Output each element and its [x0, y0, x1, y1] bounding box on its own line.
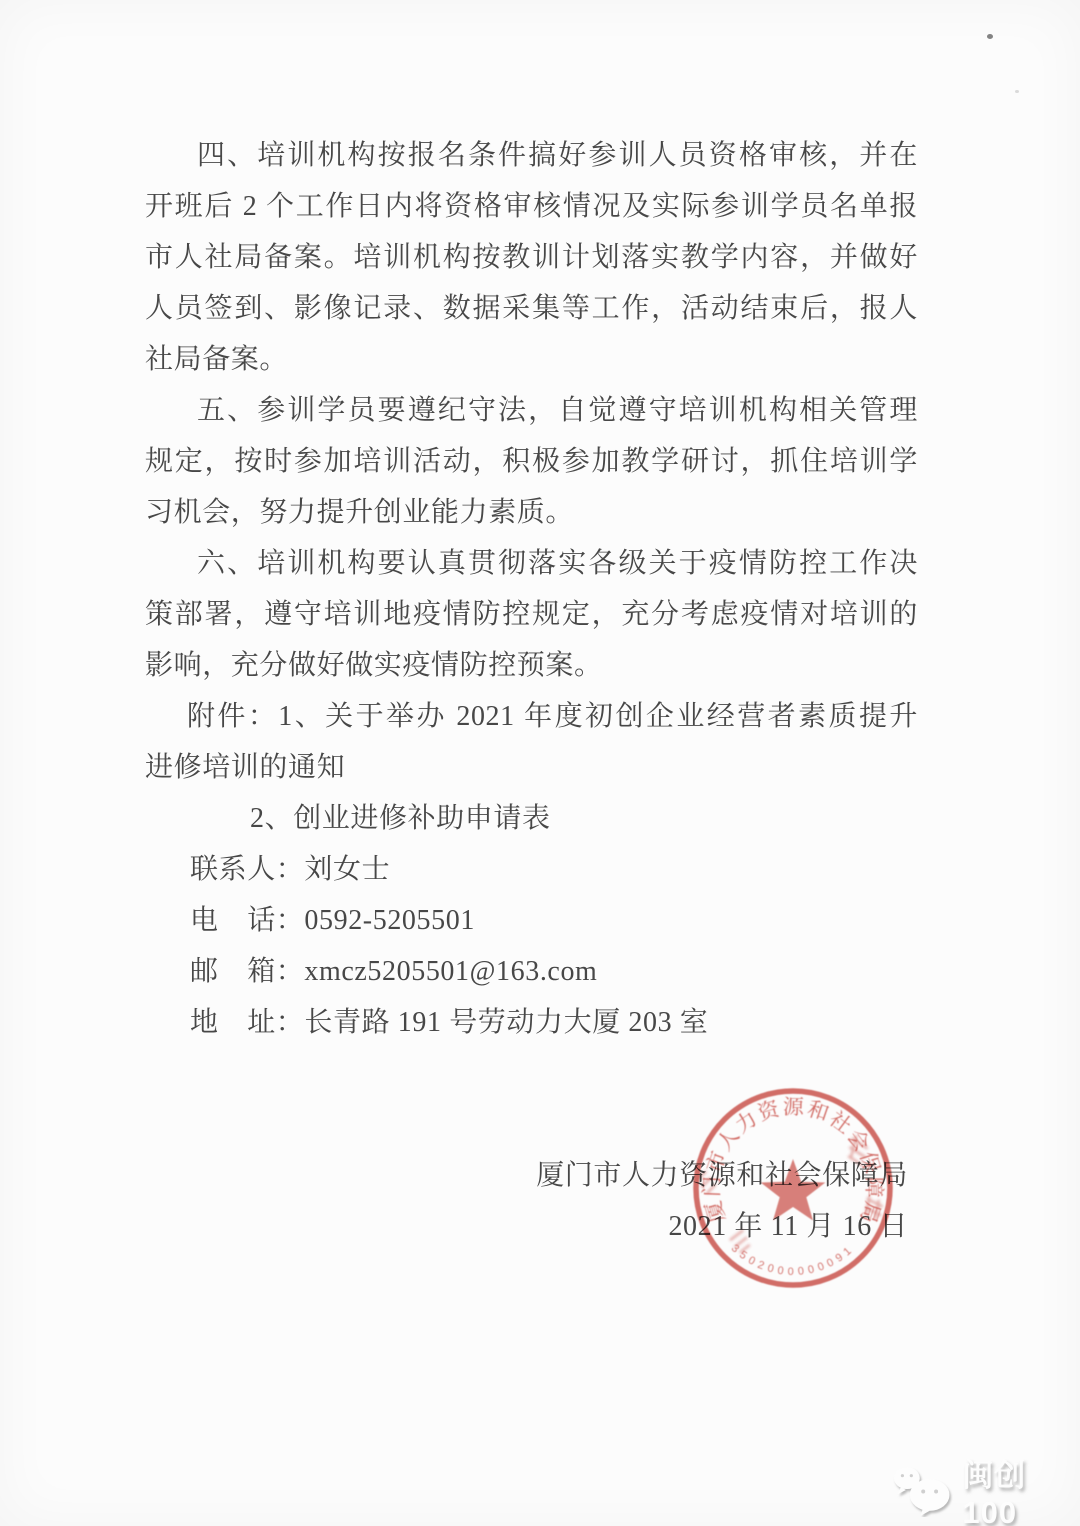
- text-line: 电 话：0592-5205501: [145, 895, 918, 946]
- text-line: 邮 箱：xmcz5205501@163.com: [145, 946, 918, 997]
- text-line: 五、参训学员要遵纪守法，自觉遵守培训机构相关管理: [145, 385, 918, 436]
- text-line: 市人社局备案。培训机构按教训计划落实教学内容，并做好: [145, 232, 918, 283]
- text-line: 四、培训机构按报名条件搞好参训人员资格审核，并在: [145, 130, 918, 181]
- scan-speck: [987, 34, 993, 39]
- text-line: 联系人：刘女士: [145, 844, 918, 895]
- text-line: 开班后 2 个工作日内将资格审核情况及实际参训学员名单报: [145, 181, 918, 232]
- text-line: 进修培训的通知: [145, 742, 918, 793]
- scan-speck: [1015, 90, 1019, 93]
- text-line: 六、培训机构要认真贯彻落实各级关于疫情防控工作决: [145, 538, 918, 589]
- watermark-label: 闽创100: [962, 1450, 1080, 1526]
- document-body: 四、培训机构按报名条件搞好参训人员资格审核，并在开班后 2 个工作日内将资格审核…: [145, 130, 918, 1252]
- text-line: 2021 年 11 月 16 日: [145, 1201, 918, 1252]
- wechat-icon: [893, 1465, 954, 1517]
- document-page: 四、培训机构按报名条件搞好参训人员资格审核，并在开班后 2 个工作日内将资格审核…: [0, 0, 1080, 1526]
- text-line: 附件：1、关于举办 2021 年度初创企业经营者素质提升: [145, 691, 918, 742]
- text-line: 厦门市人力资源和社会保障局: [145, 1150, 918, 1201]
- text-line: [145, 1048, 918, 1099]
- text-line: 策部署，遵守培训地疫情防控规定，充分考虑疫情对培训的: [145, 589, 918, 640]
- watermark: 闽创100: [893, 1450, 1080, 1526]
- text-line: 影响，充分做好做实疫情防控预案。: [145, 640, 918, 691]
- text-line: 社局备案。: [145, 334, 918, 385]
- text-line: 地 址：长青路 191 号劳动力大厦 203 室: [145, 997, 918, 1048]
- text-line: 2、创业进修补助申请表: [145, 793, 918, 844]
- text-line: 人员签到、影像记录、数据采集等工作，活动结束后，报人: [145, 283, 918, 334]
- text-line: [145, 1099, 918, 1150]
- text-line: 规定，按时参加培训活动，积极参加教学研讨，抓住培训学: [145, 436, 918, 487]
- text-line: 习机会，努力提升创业能力素质。: [145, 487, 918, 538]
